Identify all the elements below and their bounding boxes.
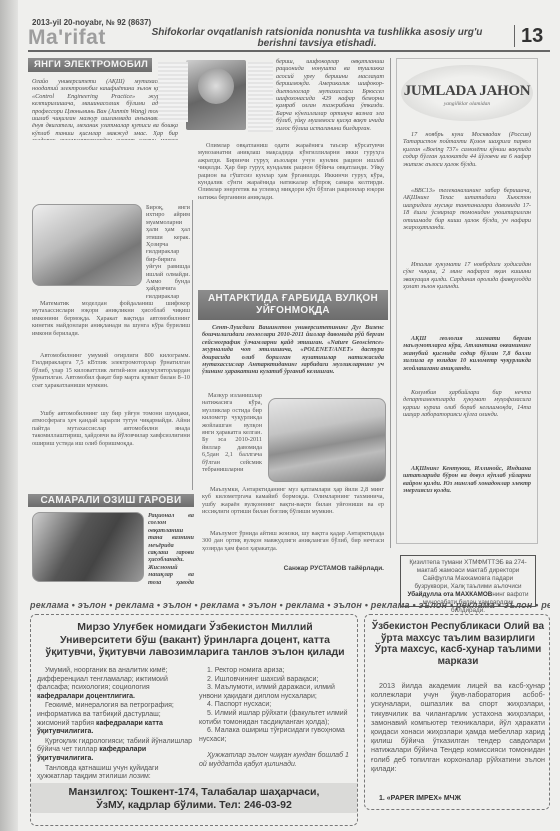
document-item: 4. Паспорт нусхаси; <box>199 701 353 710</box>
news-item: АҚШ геология хизмати берган маълумотларг… <box>403 335 531 383</box>
requirement-paragraph: Геокимё, минералогия ва петрография; инф… <box>37 702 193 736</box>
article-body-3: Маълумот ўрнида айтиш жоизки, шу вақтга … <box>202 530 384 560</box>
news-item: Италия ҳукумати 17 ноябрдаги ҳодисадан с… <box>403 261 531 329</box>
article-body: Рационал ва соғлом овқатланиш тана вазни… <box>148 512 194 586</box>
newspaper-page: 2013-yil 20-noyabr, № 92 (8637) Ma'rifat… <box>18 0 560 831</box>
right-column: 1. Ректор номига ариза; 2. Ишловчининг ш… <box>199 667 353 770</box>
condolence-text-before: Қизилтепа тумани ХТМФМТТЭБ ва 274-мактаб… <box>409 559 526 590</box>
article-author: Санжар РУСТАМОВ тайёрлади. <box>202 565 384 572</box>
section-title: JUMLADA JAHON <box>401 83 533 100</box>
advertisement-strip: реклама • эълон • реклама • эълон • рекл… <box>30 600 550 612</box>
left-column: Умумий, ноорганик ва аналитик кимё; дифф… <box>37 667 193 782</box>
article-body-2: Математик моделдан фойдаланиш шифокор му… <box>32 300 190 350</box>
document-item: 5. Илмий ишлар рўйхати (факультет илмий … <box>199 710 353 727</box>
article-body-3: Автомобилнинг умумий оғирлиги 800 килогр… <box>32 352 190 408</box>
announcement-title: Мирзо Улуғбек номидаги Ўзбекистон Миллий… <box>45 621 345 659</box>
header-tagline: Shifokorlar ovqatlanish ratsionida nonus… <box>132 27 502 49</box>
title-line-2: УЙҒОНМОҚДА <box>198 305 388 317</box>
article-lead: Огайо университети (АҚШ) мутахассислари … <box>32 78 178 140</box>
news-item: 17 ноябрь куни Москвадан (Россия) Татари… <box>403 131 531 183</box>
news-item: «BBC13» телеканалининг хабар беришича, А… <box>403 187 531 257</box>
document-item: 1. Ректор номига ариза; <box>199 667 353 676</box>
page-number: 13 <box>514 25 548 47</box>
electromobile-photo <box>32 204 142 286</box>
column-divider <box>192 200 193 490</box>
section-logo: JUMLADA JAHON yangiliklar olamidan <box>401 65 533 121</box>
world-map-background <box>158 62 188 122</box>
university-announcement: Мирзо Улуғбек номидаги Ўзбекистон Миллий… <box>30 614 358 826</box>
document-item: 2. Ишловчининг шахсий варақаси; <box>199 676 353 685</box>
article-body-4: Ушбу автомобилнинг шу бир уйғун томони ш… <box>32 410 190 488</box>
article-title: САМАРАЛИ ОЗИШ ГАРОВИ <box>28 494 194 507</box>
article-body-1: Мазкур изланишлар натижасига кўра, музли… <box>202 392 262 472</box>
document-item: 6. Малака ошириш тўғрисидаги гувоҳнома н… <box>199 727 353 744</box>
volcano-photo <box>268 398 386 482</box>
announcement-body: 2013 йилда академик лицей ва касб-ҳунар … <box>371 681 545 773</box>
article-title: ЯНГИ ЭЛЕКТРОМОБИЛ <box>28 58 152 72</box>
deceased-name: Убайдулла ота МАХКАМОВ <box>407 591 492 598</box>
document-item: 3. Маълумоти, илмий даражаси, илмий унво… <box>199 684 353 701</box>
article-title: АНТАРКТИДА ҒАРБИДА ВУЛҚОН УЙҒОНМОҚДА <box>198 290 388 320</box>
article-body-main: Олимлар овқатланиш одати жараёнига таъси… <box>198 142 384 282</box>
tender-winner: 1. «PAPER IMPEX» МЧЖ <box>379 795 545 804</box>
book-image <box>186 60 246 130</box>
section-subtitle: yangiliklar olamidan <box>401 101 533 107</box>
submission-deadline: Ҳужжатлар эълон чиққан кундан бошлаб 1 о… <box>199 752 353 769</box>
article-lead: Сент-Луисдаги Вашингтон университетининг… <box>202 324 384 390</box>
article-body-2: Маълумки, Антарктиданинг муз қатламлари … <box>202 486 384 530</box>
address-line-1: Манзилгоҳ: Тошкент-174, Талабалар шаҳарч… <box>31 786 357 799</box>
article-body-1: Бироқ, янги ихтиро айрим муаммоларни ҳал… <box>146 204 190 299</box>
header-divider <box>28 50 550 52</box>
page-fold-shadow <box>0 0 18 831</box>
news-item: АҚШнинг Кентукки, Иллинойс, Индиана штат… <box>403 465 531 541</box>
title-line-1: АНТАРКТИДА ҒАРБИДА ВУЛҚОН <box>198 293 388 305</box>
requirement-paragraph: Қурғоқлик гидрологияси; табиий йўналишла… <box>37 738 193 764</box>
kebab-photo <box>32 512 144 582</box>
news-item: Колумбия ҳарбийлари бир нечта департамен… <box>403 389 531 459</box>
requirement-paragraph: Умумий, ноорганик ва аналитик кимё; дифф… <box>37 667 193 701</box>
address-line-2: ЎзМУ, кадрлар бўлими. Тел: 246-03-92 <box>31 799 357 812</box>
requirement-paragraph: Танловда қатнашиш учун қуйидаги ҳужжатла… <box>37 765 193 782</box>
announcement-title: Ўзбекистон Республикаси Олий ва ўрта мах… <box>371 621 545 667</box>
article-body-top: бериш, шифокорлар овқатланиш рационида н… <box>276 58 384 140</box>
jumlada-jahon-section: JUMLADA JAHON yangiliklar olamidan 17 но… <box>396 58 538 544</box>
contact-address: Манзилгоҳ: Тошкент-174, Талабалар шаҳарч… <box>31 783 357 813</box>
world-map-background-right <box>248 62 273 132</box>
newspaper-logo: Ma'rifat <box>28 26 106 50</box>
ministry-announcement: Ўзбекистон Республикаси Олий ва ўрта мах… <box>364 614 550 810</box>
column-divider <box>390 58 391 548</box>
